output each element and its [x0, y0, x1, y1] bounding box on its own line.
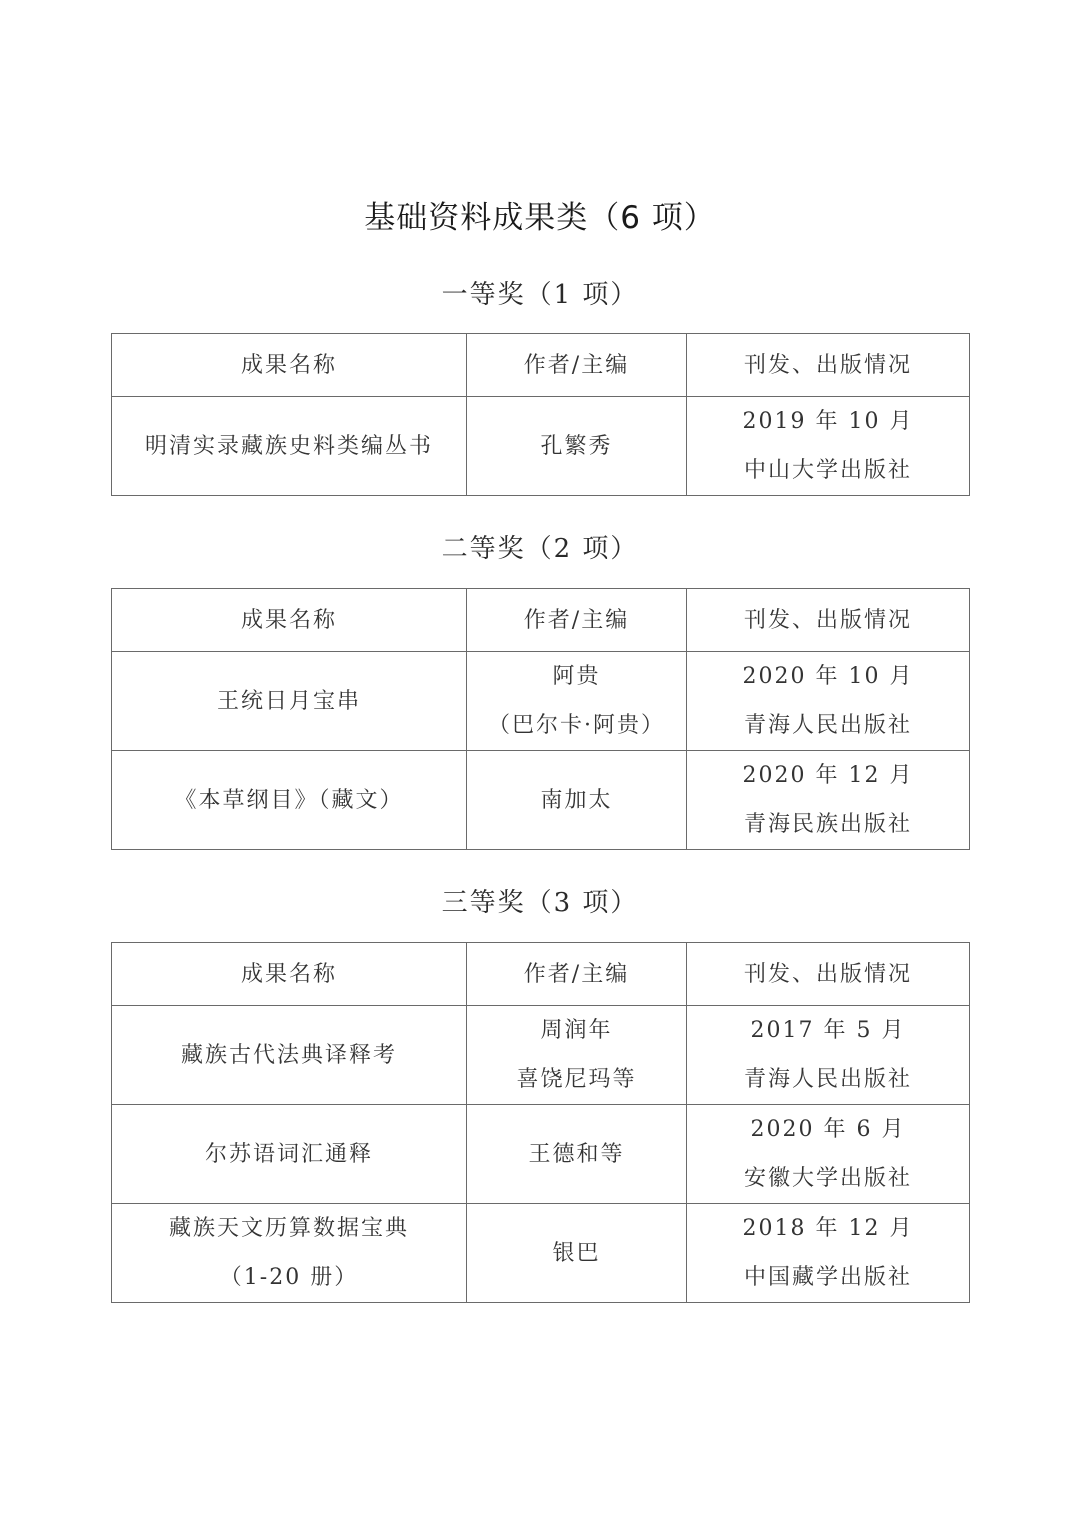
table-row: 王统日月宝串 阿贵（巴尔卡·阿贵） 2020 年 10 月青海人民出版社 [112, 652, 970, 751]
section-heading-second-prize: 二等奖（2 项） [0, 528, 1080, 565]
cell-author: 银巴 [467, 1204, 687, 1303]
column-header-author: 作者/主编 [467, 334, 687, 397]
cell-author: 周润年喜饶尼玛等 [467, 1006, 687, 1105]
table-row: 《本草纲目》（藏文） 南加太 2020 年 12 月青海民族出版社 [112, 751, 970, 850]
section-heading-first-prize: 一等奖（1 项） [0, 274, 1080, 311]
cell-publication: 2020 年 6 月安徽大学出版社 [687, 1105, 970, 1204]
table-header-row: 成果名称 作者/主编 刊发、出版情况 [112, 334, 970, 397]
column-header-name: 成果名称 [112, 334, 467, 397]
table-row: 藏族天文历算数据宝典（1-20 册） 银巴 2018 年 12 月中国藏学出版社 [112, 1204, 970, 1303]
column-header-publication: 刊发、出版情况 [687, 943, 970, 1006]
page-title: 基础资料成果类（6 项） [0, 192, 1080, 237]
table-row: 藏族古代法典译释考 周润年喜饶尼玛等 2017 年 5 月青海人民出版社 [112, 1006, 970, 1105]
column-header-name: 成果名称 [112, 943, 467, 1006]
table-header-row: 成果名称 作者/主编 刊发、出版情况 [112, 943, 970, 1006]
column-header-publication: 刊发、出版情况 [687, 589, 970, 652]
column-header-publication: 刊发、出版情况 [687, 334, 970, 397]
column-header-author: 作者/主编 [467, 589, 687, 652]
cell-author: 孔繁秀 [467, 397, 687, 496]
cell-name: 《本草纲目》（藏文） [112, 751, 467, 850]
table-row: 尔苏语词汇通释 王德和等 2020 年 6 月安徽大学出版社 [112, 1105, 970, 1204]
cell-name: 藏族天文历算数据宝典（1-20 册） [112, 1204, 467, 1303]
cell-author: 南加太 [467, 751, 687, 850]
cell-name: 明清实录藏族史料类编丛书 [112, 397, 467, 496]
cell-publication: 2020 年 12 月青海民族出版社 [687, 751, 970, 850]
section-heading-third-prize: 三等奖（3 项） [0, 882, 1080, 919]
cell-publication: 2018 年 12 月中国藏学出版社 [687, 1204, 970, 1303]
first-prize-table: 成果名称 作者/主编 刊发、出版情况 明清实录藏族史料类编丛书 孔繁秀 2019… [111, 333, 970, 496]
cell-publication: 2020 年 10 月青海人民出版社 [687, 652, 970, 751]
cell-name: 王统日月宝串 [112, 652, 467, 751]
cell-name: 藏族古代法典译释考 [112, 1006, 467, 1105]
cell-author: 阿贵（巴尔卡·阿贵） [467, 652, 687, 751]
cell-publication: 2017 年 5 月青海人民出版社 [687, 1006, 970, 1105]
column-header-author: 作者/主编 [467, 943, 687, 1006]
cell-publication: 2019 年 10 月中山大学出版社 [687, 397, 970, 496]
third-prize-table: 成果名称 作者/主编 刊发、出版情况 藏族古代法典译释考 周润年喜饶尼玛等 20… [111, 942, 970, 1303]
column-header-name: 成果名称 [112, 589, 467, 652]
cell-author: 王德和等 [467, 1105, 687, 1204]
second-prize-table: 成果名称 作者/主编 刊发、出版情况 王统日月宝串 阿贵（巴尔卡·阿贵） 202… [111, 588, 970, 850]
cell-name: 尔苏语词汇通释 [112, 1105, 467, 1204]
table-header-row: 成果名称 作者/主编 刊发、出版情况 [112, 589, 970, 652]
table-row: 明清实录藏族史料类编丛书 孔繁秀 2019 年 10 月中山大学出版社 [112, 397, 970, 496]
